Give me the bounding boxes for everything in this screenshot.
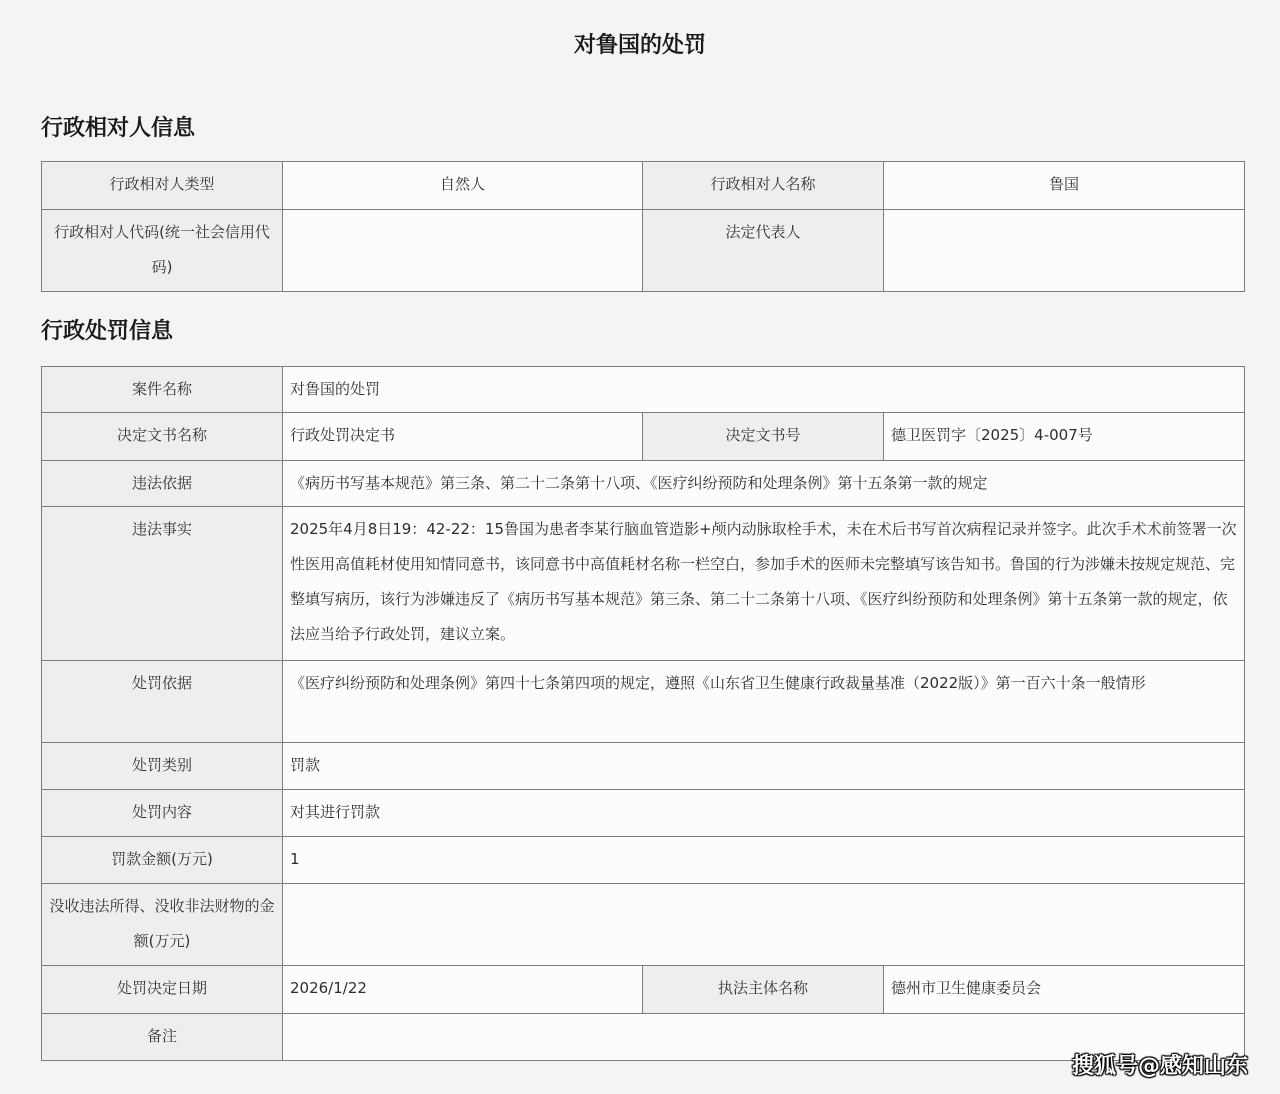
violation-facts-label: 违法事实 [42,507,283,661]
enforcement-authority-label: 执法主体名称 [643,966,884,1014]
party-code-value [283,210,643,292]
decision-doc-number-value: 德卫医罚字〔2025〕4-007号 [884,413,1245,461]
watermark: 搜狐号@感知山东 [1072,1049,1248,1080]
penalty-content-label: 处罚内容 [42,790,283,837]
case-name-label: 案件名称 [42,367,283,413]
decision-date-label: 处罚决定日期 [42,966,283,1014]
decision-doc-name-value: 行政处罚决定书 [283,413,643,461]
table-row: 决定文书名称 行政处罚决定书 决定文书号 德卫医罚字〔2025〕4-007号 [42,413,1245,461]
penalty-type-value: 罚款 [283,743,1245,790]
party-type-label: 行政相对人类型 [42,162,283,210]
table-row: 行政相对人类型 自然人 行政相对人名称 鲁国 [42,162,1245,210]
penalty-basis-value: 《医疗纠纷预防和处理条例》第四十七条第四项的规定，遵照《山东省卫生健康行政裁量基… [283,661,1245,743]
fine-amount-value: 1 [283,837,1245,884]
party-type-value: 自然人 [283,162,643,210]
penalty-content-value: 对其进行罚款 [283,790,1245,837]
party-code-label: 行政相对人代码(统一社会信用代码) [42,210,283,292]
legal-basis-label: 违法依据 [42,461,283,507]
table-row: 处罚内容 对其进行罚款 [42,790,1245,837]
legal-rep-value [884,210,1245,292]
decision-date-value: 2026/1/22 [283,966,643,1014]
decision-doc-number-label: 决定文书号 [643,413,884,461]
table-row: 处罚类别 罚款 [42,743,1245,790]
table-row: 处罚依据 《医疗纠纷预防和处理条例》第四十七条第四项的规定，遵照《山东省卫生健康… [42,661,1245,743]
decision-doc-name-label: 决定文书名称 [42,413,283,461]
violation-facts-value: 2025年4月8日19：42-22：15鲁国为患者李某行脑血管造影+颅内动脉取栓… [283,507,1245,661]
legal-rep-label: 法定代表人 [643,210,884,292]
page-title: 对鲁国的处罚 [0,28,1280,59]
party-info-table: 行政相对人类型 自然人 行政相对人名称 鲁国 行政相对人代码(统一社会信用代码)… [41,161,1245,292]
table-row: 罚款金额(万元) 1 [42,837,1245,884]
case-name-value: 对鲁国的处罚 [283,367,1245,413]
legal-basis-value: 《病历书写基本规范》第三条、第二十二条第十八项、《医疗纠纷预防和处理条例》第十五… [283,461,1245,507]
table-row: 行政相对人代码(统一社会信用代码) 法定代表人 [42,210,1245,292]
table-row: 违法事实 2025年4月8日19：42-22：15鲁国为患者李某行脑血管造影+颅… [42,507,1245,661]
table-row: 备注 [42,1014,1245,1061]
table-row: 处罚决定日期 2026/1/22 执法主体名称 德州市卫生健康委员会 [42,966,1245,1014]
section-title-party-info: 行政相对人信息 [41,111,195,142]
party-name-label: 行政相对人名称 [643,162,884,210]
confiscation-amount-value [283,884,1245,966]
penalty-basis-label: 处罚依据 [42,661,283,743]
fine-amount-label: 罚款金额(万元) [42,837,283,884]
remarks-label: 备注 [42,1014,283,1061]
confiscation-amount-label: 没收违法所得、没收非法财物的金额(万元) [42,884,283,966]
penalty-info-table: 案件名称 对鲁国的处罚 决定文书名称 行政处罚决定书 决定文书号 德卫医罚字〔2… [41,366,1245,1061]
enforcement-authority-value: 德州市卫生健康委员会 [884,966,1245,1014]
table-row: 没收违法所得、没收非法财物的金额(万元) [42,884,1245,966]
penalty-type-label: 处罚类别 [42,743,283,790]
table-row: 案件名称 对鲁国的处罚 [42,367,1245,413]
table-row: 违法依据 《病历书写基本规范》第三条、第二十二条第十八项、《医疗纠纷预防和处理条… [42,461,1245,507]
party-name-value: 鲁国 [884,162,1245,210]
section-title-penalty-info: 行政处罚信息 [41,314,173,345]
